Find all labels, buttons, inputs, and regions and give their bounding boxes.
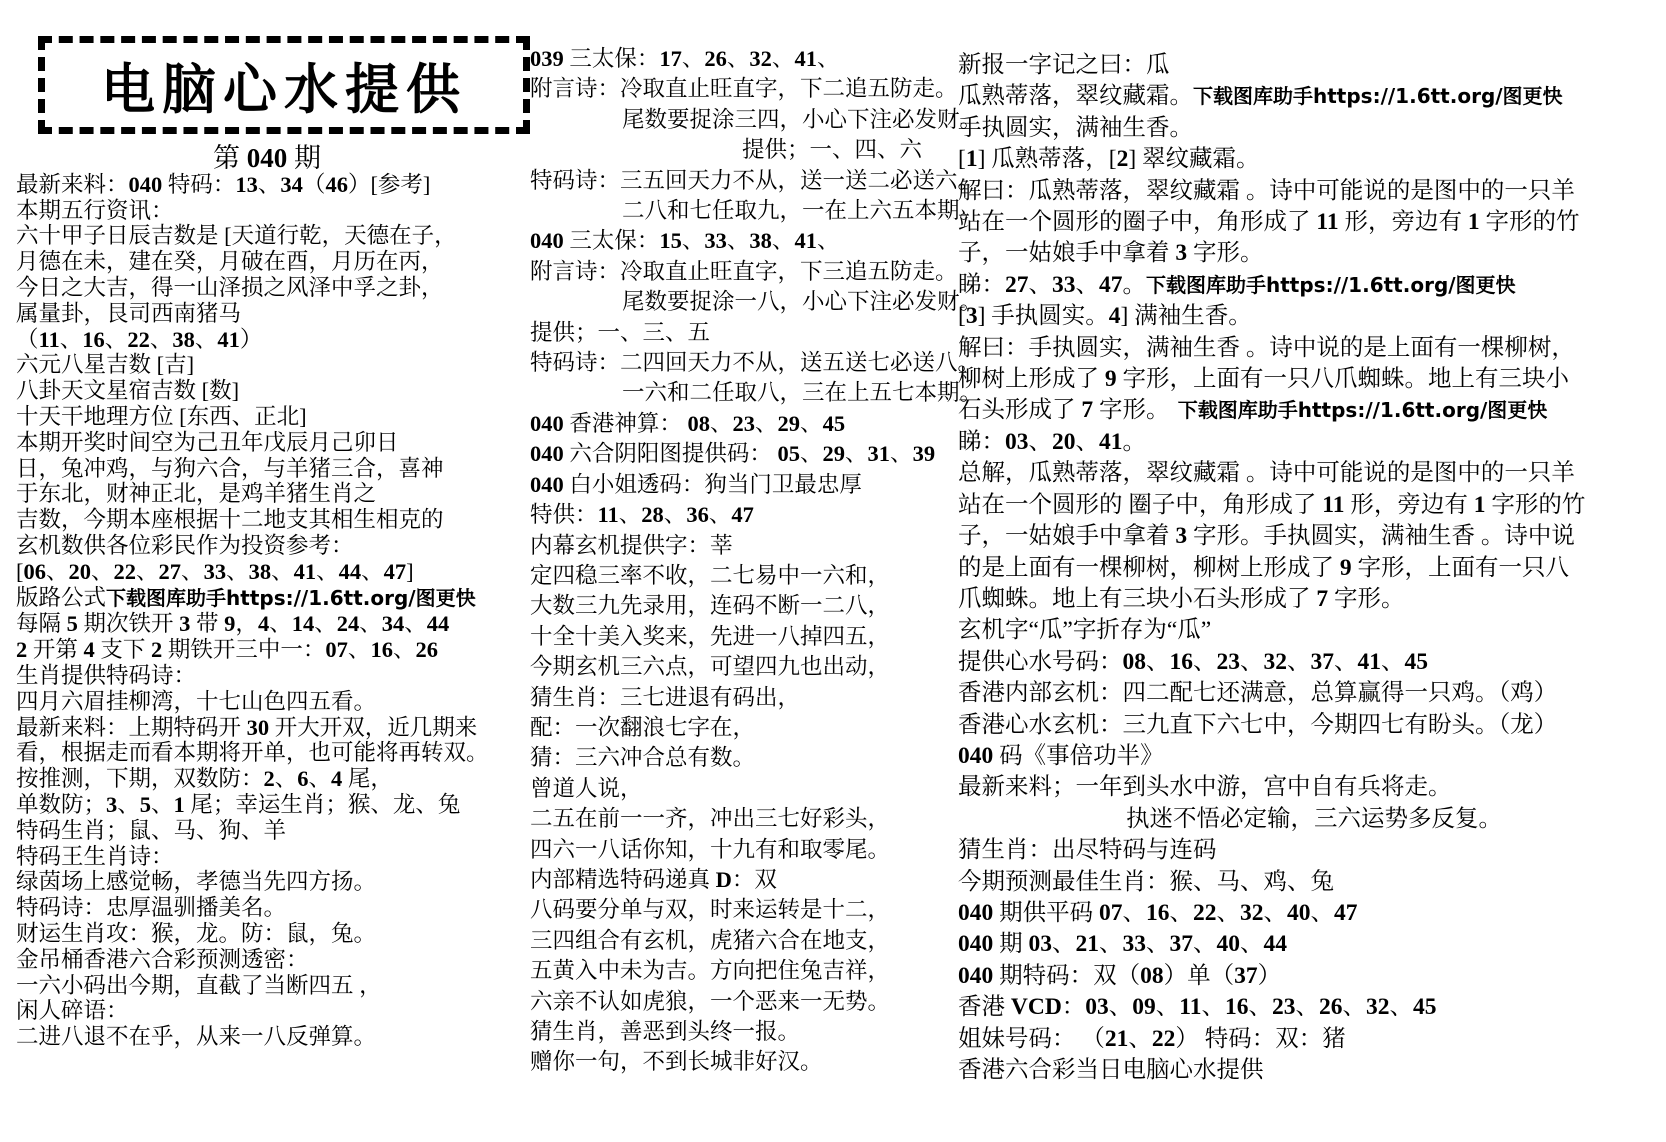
text-line: 040 三太保：15、33、38、41、 bbox=[530, 226, 962, 256]
text-line: 姐妹号码： （21、22） 特码：双：猪 bbox=[958, 1024, 1664, 1055]
text-line: 香港心水玄机：三九直下六七中，今期四七有盼头。（龙） bbox=[958, 710, 1664, 741]
text-line: 尾数要捉涂一八，小心下注必发财。 bbox=[530, 287, 962, 317]
text-line: 040 期 03、21、33、37、40、44 bbox=[958, 929, 1664, 960]
text-line: 玄机字“瓜”字折存为“瓜” bbox=[958, 615, 1664, 646]
text-line: 曾道人说， bbox=[530, 774, 962, 804]
text-line: 站在一个圆形的 圈子中，角形成了 11 形，旁边有 1 字形的竹 bbox=[958, 490, 1664, 521]
text-line: 于东北，财神正北，是鸡羊猪生肖之 bbox=[16, 481, 518, 507]
tip-sheet-page: { "page": {"background": "#ffffff", "ink… bbox=[0, 0, 1666, 1142]
text-line: 内部精选特码递真 D：双 bbox=[530, 865, 962, 895]
text-line: 猜生肖：出尽特码与连码 bbox=[958, 835, 1664, 866]
text-line: 睇：27、33、47。下载图库助手https://1.6tt.org/图更快 bbox=[958, 270, 1664, 301]
text-line: 提供；一、四、六 bbox=[530, 135, 962, 165]
text-line: 特码诗：忠厚温驯播美名。 bbox=[16, 895, 518, 921]
text-line: 子，一姑娘手中拿着 3 字形。手执圆实，满袖生香 。诗中说 bbox=[958, 521, 1664, 552]
text-line: [3] 手执圆实。4] 满袖生香。 bbox=[958, 301, 1664, 332]
masthead: 电脑心水提供 bbox=[38, 36, 530, 134]
text-line: 子，一姑娘手中拿着 3 字形。 bbox=[958, 238, 1664, 269]
text-line: 财运生肖攻：猴，龙。防：鼠，兔。 bbox=[16, 921, 518, 947]
text-line: 新报一字记之曰：瓜 bbox=[958, 50, 1664, 81]
text-line: 生肖提供特码诗： bbox=[16, 663, 518, 689]
text-line: 特码诗：三五回天力不从，送一送二必送六。 bbox=[530, 166, 962, 196]
text-line: 手执圆实，满袖生香。 bbox=[958, 113, 1664, 144]
text-line: [1] 瓜熟蒂落，[2] 翠纹藏霜。 bbox=[958, 144, 1664, 175]
text-line: 三四组合有玄机，虎猪六合在地支， bbox=[530, 926, 962, 956]
text-line: （11、16、22、38、41） bbox=[16, 327, 518, 353]
text-line: 绿茵场上感觉畅，孝德当先四方扬。 bbox=[16, 869, 518, 895]
left-column: 第 040 期最新来料：040 特码：13、34（46）[参考]本期五行资讯：六… bbox=[16, 146, 518, 1050]
text-line: 单数防；3、5、1 尾；幸运生肖；猴、龙、兔 bbox=[16, 792, 518, 818]
text-line: 二五在前一一齐，冲出三七好彩头， bbox=[530, 804, 962, 834]
text-line: 赠你一句，不到长城非好汉。 bbox=[530, 1047, 962, 1077]
text-line: 今日之大吉，得一山泽损之风泽中孚之卦， bbox=[16, 275, 518, 301]
text-line: 十全十美入奖来，先进一八掉四五， bbox=[530, 622, 962, 652]
text-line: 第 040 期 bbox=[16, 146, 518, 172]
text-line: 按推测，下期，双数防：2、6、4 尾， bbox=[16, 766, 518, 792]
page-title: 电脑心水提供 bbox=[101, 47, 467, 124]
text-line: 内幕玄机提供字：莘 bbox=[530, 531, 962, 561]
text-line: 附言诗：冷取直止旺直字，下三追五防走。 bbox=[530, 257, 962, 287]
text-line: 猜生肖，善恶到头终一报。 bbox=[530, 1017, 962, 1047]
text-line: 金吊桶香港六合彩预测透密： bbox=[16, 947, 518, 973]
text-line: 香港内部玄机：四二配七还满意，总算赢得一只鸡。（鸡） bbox=[958, 678, 1664, 709]
text-line: 最新来料；一年到头水中游，宫中自有兵将走。 bbox=[958, 772, 1664, 803]
text-line: 执迷不悟必定输，三六运势多反复。 bbox=[958, 804, 1664, 835]
text-line: 配：一次翻浪七字在， bbox=[530, 713, 962, 743]
text-line: 特供：11、28、36、47 bbox=[530, 500, 962, 530]
text-line: 最新来料：040 特码：13、34（46）[参考] bbox=[16, 172, 518, 198]
watermark-url: 下载图库助手https://1.6tt.org/图更快 bbox=[106, 586, 476, 610]
text-line: 解曰：手执圆实，满袖生香 。诗中说的是上面有一棵柳树， bbox=[958, 333, 1664, 364]
text-line: 提供；一、三、五 bbox=[530, 318, 962, 348]
text-line: 定四稳三率不收，二七易中一六和， bbox=[530, 561, 962, 591]
text-line: 一六小码出今期，直截了当断四五 ， bbox=[16, 973, 518, 999]
text-line: 特码生肖；鼠、马、狗、羊 bbox=[16, 818, 518, 844]
text-line: 尾数要捉涂三四，小心下注必发财。 bbox=[530, 105, 962, 135]
text-line: 睇：03、20、41。 bbox=[958, 427, 1664, 458]
text-line: 本期五行资讯： bbox=[16, 198, 518, 224]
text-line: 每隔 5 期次铁开 3 带 9，4、14、24、34、44 bbox=[16, 611, 518, 637]
text-line: 的是上面有一棵柳树，柳树上形成了 9 字形，上面有一只八 bbox=[958, 553, 1664, 584]
text-line: 月德在未，建在癸，月破在酉，月历在丙， bbox=[16, 249, 518, 275]
text-line: 看，根据走而看本期将开单，也可能将再转双。 bbox=[16, 740, 518, 766]
text-line: 瓜熟蒂落，翠纹藏霜。下载图库助手https://1.6tt.org/图更快 bbox=[958, 81, 1664, 112]
text-line: 吉数，今期本座根据十二地支其相生相克的 bbox=[16, 507, 518, 533]
text-line: 五黄入中未为吉。方向把住兔吉祥， bbox=[530, 956, 962, 986]
text-line: 站在一个圆形的圈子中，角形成了 11 形，旁边有 1 字形的竹 bbox=[958, 207, 1664, 238]
text-line: 六元八星吉数 [吉] bbox=[16, 352, 518, 378]
text-line: 040 香港神算： 08、23、29、45 bbox=[530, 409, 962, 439]
text-line: 属量卦，艮司西南猪马 bbox=[16, 301, 518, 327]
text-line: 040 期特码：双（08）单（37） bbox=[958, 961, 1664, 992]
text-line: 附言诗：冷取直止旺直字，下二追五防走。 bbox=[530, 74, 962, 104]
text-line: 六亲不认如虎狼，一个恶来一无势。 bbox=[530, 987, 962, 1017]
text-line: 039 三太保：17、26、32、41、 bbox=[530, 44, 962, 74]
text-line: 六十甲子日辰吉数是 [天道行乾，天德在子， bbox=[16, 223, 518, 249]
text-line: 040 码《事倍功半》 bbox=[958, 741, 1664, 772]
text-line: 今期预测最佳生肖：猴、马、鸡、兔 bbox=[958, 867, 1664, 898]
text-line: 四六一八话你知，十九有和取零尾。 bbox=[530, 835, 962, 865]
text-line: 今期玄机三六点，可望四九也出动， bbox=[530, 652, 962, 682]
middle-column: 039 三太保：17、26、32、41、附言诗：冷取直止旺直字，下二追五防走。尾… bbox=[530, 44, 962, 1078]
text-line: 040 期供平码 07、16、22、32、40、47 bbox=[958, 898, 1664, 929]
text-line: 日，兔冲鸡，与狗六合，与羊猪三合，喜神 bbox=[16, 456, 518, 482]
text-line: 香港 VCD：03、09、11、16、23、26、32、45 bbox=[958, 992, 1664, 1023]
text-line: 八卦天文星宿吉数 [数] bbox=[16, 378, 518, 404]
text-line: 解曰：瓜熟蒂落，翠纹藏霜 。诗中可能说的是图中的一只羊 bbox=[958, 176, 1664, 207]
text-line: 040 六合阴阳图提供码： 05、29、31、39 bbox=[530, 439, 962, 469]
text-line: 柳树上形成了 9 字形，上面有一只八爪蜘蛛。地上有三块小 bbox=[958, 364, 1664, 395]
watermark-url: 下载图库助手https://1.6tt.org/图更快 bbox=[1158, 398, 1548, 422]
text-line: 2 开第 4 支下 2 期铁开三中一：07、16、26 bbox=[16, 637, 518, 663]
watermark-url: 下载图库助手https://1.6tt.org/图更快 bbox=[1146, 273, 1516, 297]
text-line: 提供心水号码：08、16、23、32、37、41、45 bbox=[958, 647, 1664, 678]
text-line: 二八和七任取九，一在上六五本期。 bbox=[530, 196, 962, 226]
text-line: 特码诗：二四回天力不从，送五送七必送八。 bbox=[530, 348, 962, 378]
right-column: 新报一字记之曰：瓜瓜熟蒂落，翠纹藏霜。下载图库助手https://1.6tt.o… bbox=[958, 50, 1664, 1086]
text-line: 四月六眉挂柳湾，十七山色四五看。 bbox=[16, 689, 518, 715]
text-line: 二进八退不在乎，从来一八反弹算。 bbox=[16, 1024, 518, 1050]
text-line: 一六和二任取八，三在上五七本期。 bbox=[530, 378, 962, 408]
text-line: 最新来料：上期特码开 30 开大开双，近几期来 bbox=[16, 715, 518, 741]
text-line: 本期开奖时间空为己丑年戊辰月己卯日 bbox=[16, 430, 518, 456]
text-line: 大数三九先录用，连码不断一二八， bbox=[530, 591, 962, 621]
text-line: 爪蜘蛛。地上有三块小石头形成了 7 字形。 bbox=[958, 584, 1664, 615]
text-line: 040 白小姐透码：狗当门卫最忠厚 bbox=[530, 470, 962, 500]
text-line: 猜生肖：三七进退有码出， bbox=[530, 683, 962, 713]
text-line: 总解，瓜熟蒂落，翠纹藏霜 。诗中可能说的是图中的一只羊 bbox=[958, 458, 1664, 489]
text-line: 香港六合彩当日电脑心水提供 bbox=[958, 1055, 1664, 1086]
text-line: 闲人碎语： bbox=[16, 998, 518, 1024]
text-line: 版路公式下载图库助手https://1.6tt.org/图更快 bbox=[16, 585, 518, 612]
text-line: 石头形成了 7 字形。 下载图库助手https://1.6tt.org/图更快 bbox=[958, 395, 1664, 426]
text-line: 八码要分单与双，时来运转是十二， bbox=[530, 895, 962, 925]
text-line: 猜：三六冲合总有数。 bbox=[530, 743, 962, 773]
text-line: 玄机数供各位彩民作为投资参考： bbox=[16, 533, 518, 559]
watermark-url: 下载图库助手https://1.6tt.org/图更快 bbox=[1193, 84, 1563, 108]
text-line: 特码王生肖诗： bbox=[16, 844, 518, 870]
text-line: [06、20、22、27、33、38、41、44、47] bbox=[16, 559, 518, 585]
text-line: 十天干地理方位 [东西、正北] bbox=[16, 404, 518, 430]
